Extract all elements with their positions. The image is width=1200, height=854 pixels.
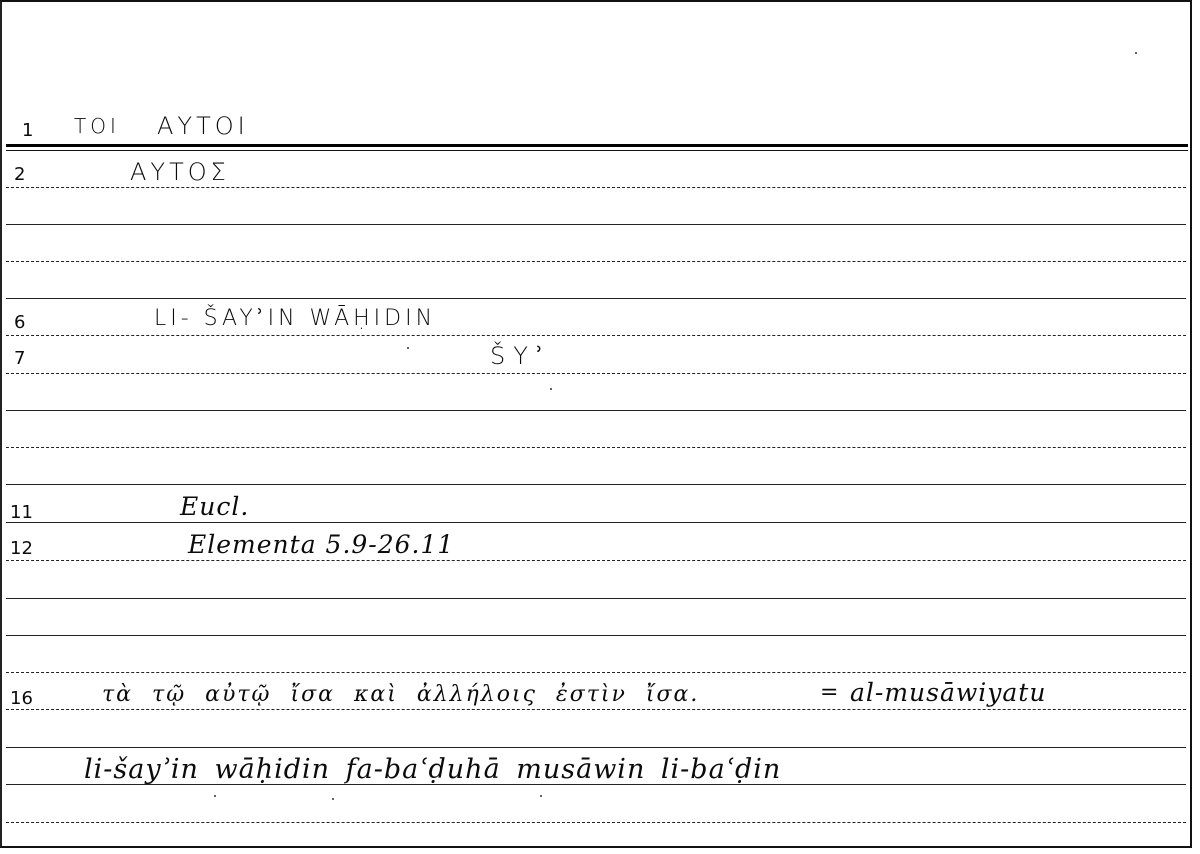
equals-sign: = bbox=[820, 680, 839, 705]
index-card: 1 ΤΟΙ ΑΥΤΟΙ 2 ΑΥΤΟΣ 6 LI- ŠAYʾIN WĀḤIDIN… bbox=[0, 0, 1192, 848]
source-reference: Elementa 5.9-26.11 bbox=[188, 530, 454, 559]
line-number: 12 bbox=[10, 538, 33, 559]
greek-quotation: τὰ τῷ αὐτῷ ἴσα καὶ ἀλλήλοις ἐστὶν ἴσα. bbox=[102, 682, 699, 707]
diacritic-dot bbox=[214, 795, 216, 797]
scan-speck bbox=[1135, 52, 1137, 54]
line-number: 7 bbox=[14, 348, 25, 369]
diacritic-dot bbox=[332, 798, 334, 800]
ruled-line bbox=[6, 447, 1186, 448]
ruled-line bbox=[6, 598, 1186, 599]
diacritic-dot bbox=[540, 795, 542, 797]
ruled-line bbox=[6, 373, 1186, 374]
ruled-line bbox=[6, 747, 1186, 748]
header-rule-thick bbox=[6, 144, 1188, 147]
arabic-translation-caps: LI- ŠAYʾIN WĀḤIDIN bbox=[154, 306, 436, 331]
ruled-line bbox=[6, 560, 1186, 561]
ruled-line bbox=[6, 410, 1186, 411]
lemma-word: ΑΥΤΟΙ bbox=[157, 112, 249, 140]
header-rule-thin bbox=[6, 150, 1188, 151]
author-abbreviation: Eucl. bbox=[180, 492, 249, 521]
ruled-line bbox=[6, 187, 1186, 188]
ruled-line bbox=[6, 672, 1186, 673]
ruled-line bbox=[6, 224, 1186, 225]
arabic-translation-continued: li-šayʾin wāḥidin fa-baʿḍuhā musāwin li-… bbox=[84, 754, 781, 785]
line-number: 2 bbox=[14, 164, 25, 185]
ruled-line bbox=[6, 298, 1186, 299]
lemma-base-form: ΑΥΤΟΣ bbox=[130, 158, 230, 186]
arabic-translation: al-musāwiyatu bbox=[850, 678, 1046, 707]
ruled-line bbox=[6, 822, 1186, 823]
diacritic-dot bbox=[407, 347, 409, 349]
line-number: 6 bbox=[14, 312, 25, 333]
ruled-line bbox=[6, 635, 1186, 636]
lemma-article: ΤΟΙ bbox=[74, 114, 120, 138]
ruled-line bbox=[6, 522, 1186, 523]
arabic-root: ŠYʾ bbox=[490, 342, 551, 370]
scan-speck bbox=[550, 388, 552, 390]
ruled-line bbox=[6, 261, 1186, 262]
ruled-line bbox=[6, 709, 1186, 710]
ruled-line bbox=[6, 335, 1186, 336]
ruled-line bbox=[6, 484, 1186, 485]
line-number: 1 bbox=[22, 120, 33, 141]
line-number: 16 bbox=[10, 688, 33, 709]
line-number: 11 bbox=[10, 502, 33, 523]
